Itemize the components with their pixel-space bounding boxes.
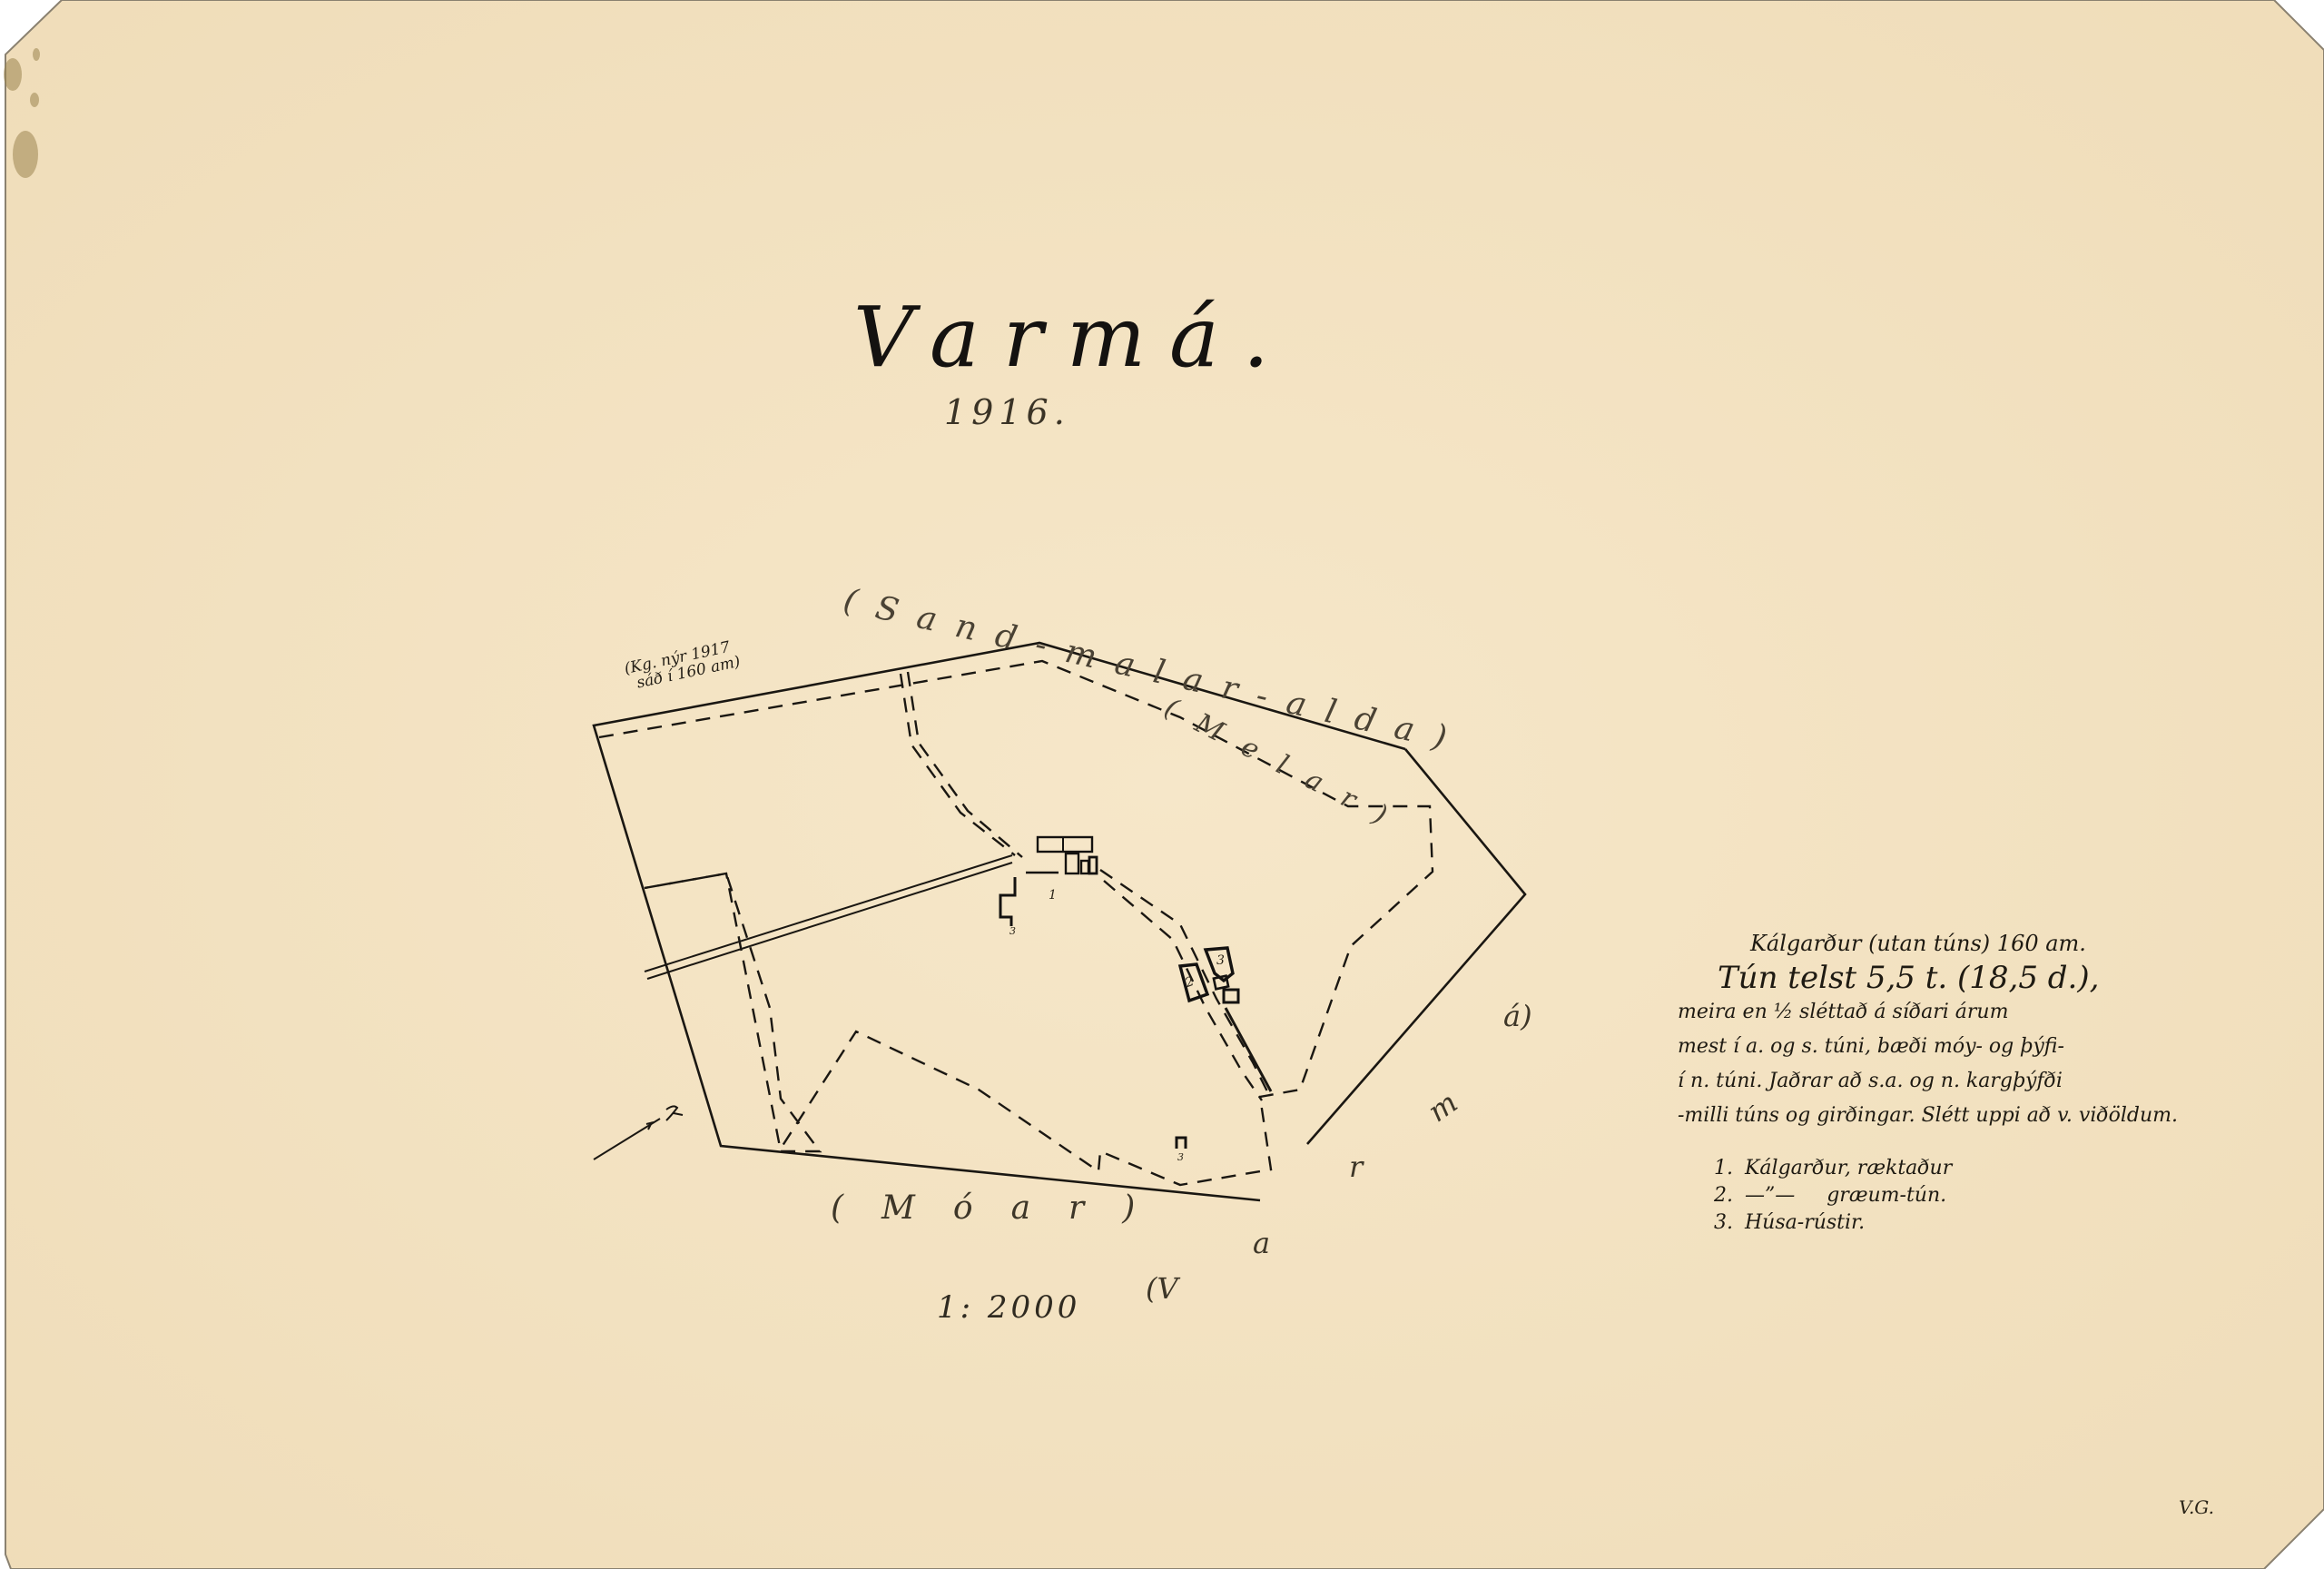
label-moar: (Móar) xyxy=(831,1189,1173,1227)
legend-paragraph-line-3: í n. túni. Jaðrar að s.a. og n. kargþýfð… xyxy=(1678,1064,2178,1099)
map-year: 1916. xyxy=(944,392,1070,432)
legend-paragraph-line-2: mest í a. og s. túni, bæði móy- og þýfi- xyxy=(1678,1030,2178,1064)
map-drawing xyxy=(0,0,2324,1569)
legend-item: 1.Kálgarður, ræktaður xyxy=(1714,1155,2178,1182)
legend-block: Kálgarður (utan túns) 160 am. Tún telst … xyxy=(1678,926,2178,1237)
paper xyxy=(5,0,2324,1569)
legend-paragraph-line-4: -milli túns og girðingar. Slétt uppi að … xyxy=(1678,1099,2178,1133)
map-sheet: Varmá. 1916. (Sand-malar-alda) (Melar) (… xyxy=(0,0,2324,1569)
legend-tun-line: Tún telst 5,5 t. (18,5 d.), xyxy=(1678,961,2178,995)
map-title: Varmá. xyxy=(853,289,1293,386)
legend-item: 2.—”— græum-tún. xyxy=(1714,1182,2178,1209)
scale-label: 1: 2000 xyxy=(937,1289,1080,1326)
plot-number-3b: 3 xyxy=(1009,925,1016,937)
river-letter-3: r xyxy=(1349,1150,1363,1184)
legend-item: 3.Húsa-rústir. xyxy=(1714,1209,2178,1237)
legend-paragraph-line-1: meira en ½ sléttað á síðari árum xyxy=(1678,995,2178,1030)
legend-kalgardur-line: Kálgarður (utan túns) 160 am. xyxy=(1678,926,2178,961)
plot-number-3a: 3 xyxy=(1216,953,1225,968)
river-letter-2: a xyxy=(1253,1226,1270,1260)
plot-number-3c: 3 xyxy=(1177,1151,1184,1163)
river-letter-1: (V xyxy=(1146,1271,1178,1306)
plot-number-1: 1 xyxy=(1049,888,1057,903)
author-initials: V.G. xyxy=(2179,1496,2214,1518)
river-letter-5: á) xyxy=(1503,999,1532,1033)
legend-items: 1.Kálgarður, ræktaður 2.—”— græum-tún. 3… xyxy=(1678,1155,2178,1237)
